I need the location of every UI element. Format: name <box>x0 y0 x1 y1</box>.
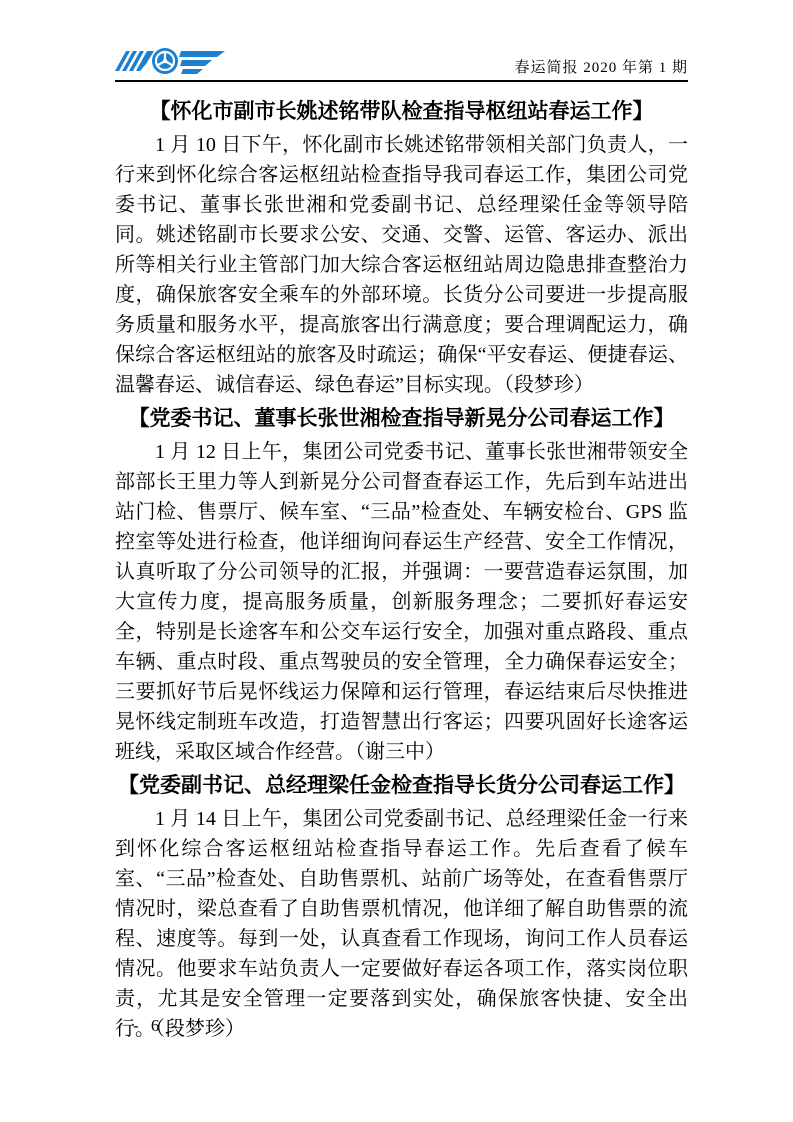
article-title: 【党委书记、董事长张世湘检查指导新晃分公司春运工作】 <box>115 403 688 433</box>
article-body: 1 月 14 日上午，集团公司党委副书记、总经理梁任金一行来到怀化综合客运枢纽站… <box>115 804 688 1044</box>
issue-label: 春运简报 2020 年第 1 期 <box>514 56 688 80</box>
winged-steering-wheel-logo-icon <box>115 44 225 80</box>
page-number: - 6 - <box>133 1016 181 1036</box>
article: 【党委书记、董事长张世湘检查指导新晃分公司春运工作】 1 月 12 日上午，集团… <box>115 403 688 767</box>
company-logo <box>115 44 225 80</box>
article-body: 1 月 10 日下午，怀化副市长姚述铭带领相关部门负责人，一行来到怀化综合客运枢… <box>115 130 688 400</box>
articles-container: 【怀化市副市长姚述铭带队检查指导枢纽站春运工作】 1 月 10 日下午，怀化副市… <box>115 96 688 1044</box>
document-page: 春运简报 2020 年第 1 期 【怀化市副市长姚述铭带队检查指导枢纽站春运工作… <box>0 0 793 1122</box>
article-title: 【党委副书记、总经理梁任金检查指导长货分公司春运工作】 <box>115 770 688 800</box>
page-header: 春运简报 2020 年第 1 期 <box>115 0 688 82</box>
article-title: 【怀化市副市长姚述铭带队检查指导枢纽站春运工作】 <box>115 96 688 126</box>
article: 【怀化市副市长姚述铭带队检查指导枢纽站春运工作】 1 月 10 日下午，怀化副市… <box>115 96 688 400</box>
article-body: 1 月 12 日上午，集团公司党委书记、董事长张世湘带领安全部部长王里力等人到新… <box>115 437 688 767</box>
article: 【党委副书记、总经理梁任金检查指导长货分公司春运工作】 1 月 14 日上午，集… <box>115 770 688 1044</box>
